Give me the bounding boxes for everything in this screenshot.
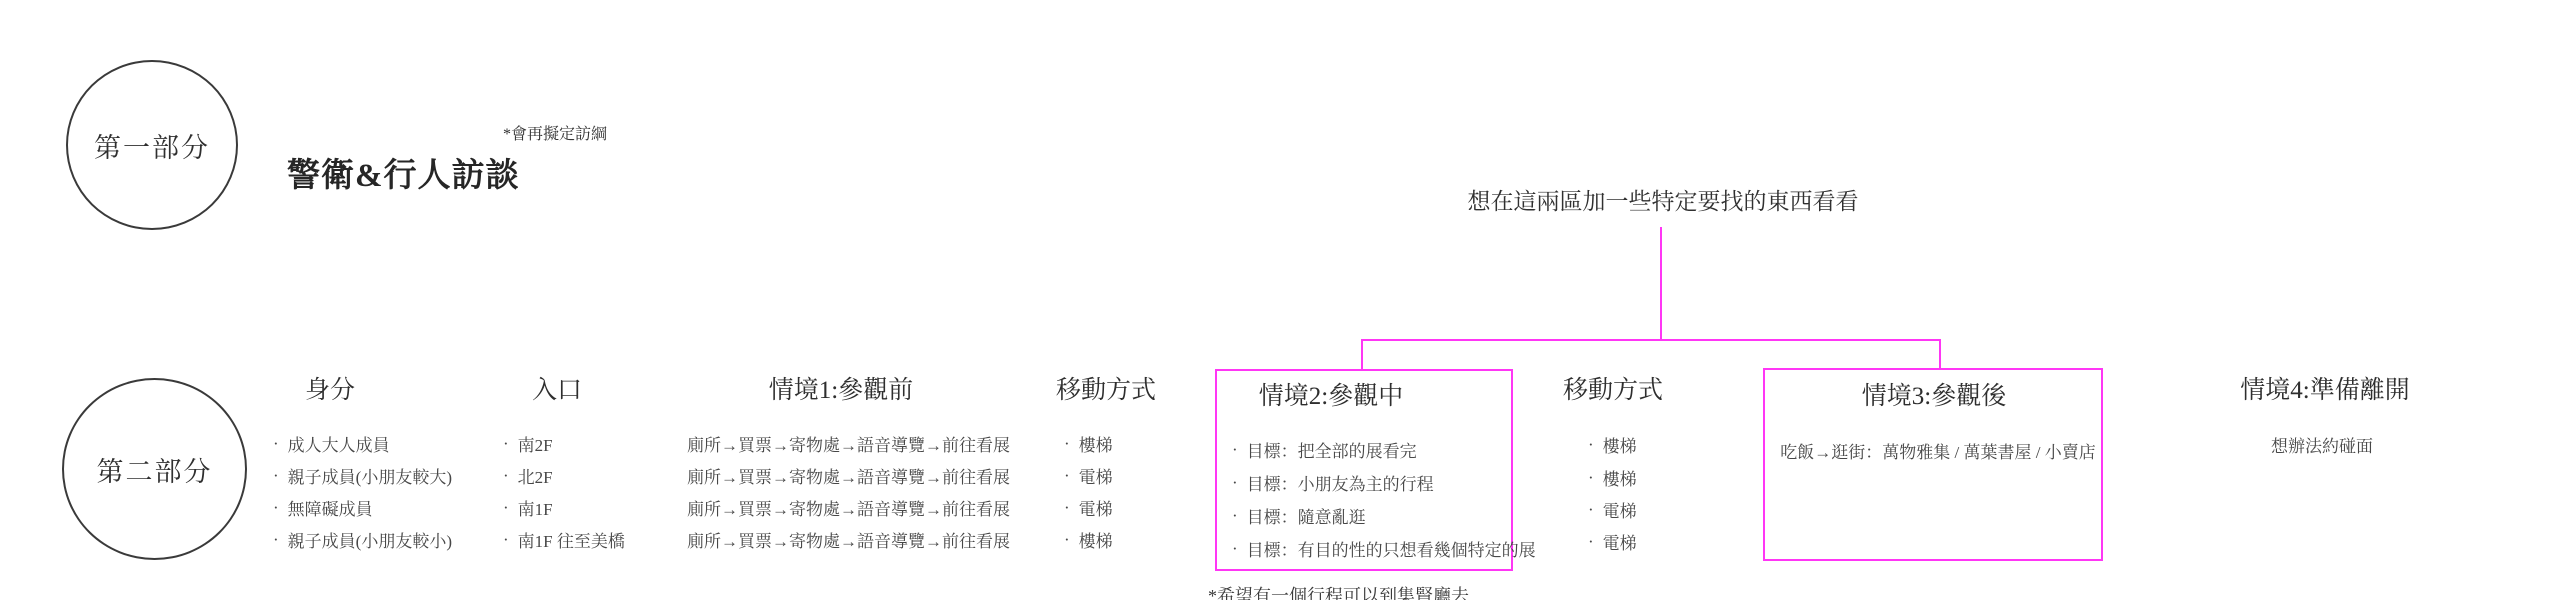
entrance-item: ·南1F xyxy=(503,501,553,518)
bullet-icon: · xyxy=(503,467,509,484)
entrance-item: ·南1F 往至美橋 xyxy=(503,533,625,550)
entrance-item: ·北2F xyxy=(503,469,553,486)
footnote-text: *希望有一個行程可以到集賢廳去 xyxy=(1208,587,1469,600)
identity-item-label: 無障礙成員 xyxy=(288,500,373,519)
column-header-identity: 身分 xyxy=(305,378,355,403)
column-header-scenario1: 情境1:參觀前 xyxy=(769,378,913,403)
bullet-icon: · xyxy=(1064,435,1070,452)
column-header-entrance: 入口 xyxy=(532,378,582,403)
scenario2-goal-label: 目標：有目的性的只想看幾個特定的展 xyxy=(1247,541,1536,560)
scenario1-flow: 廁所→買票→寄物處→語音導覽→前往看展 xyxy=(687,469,1010,486)
scenario1-flow: 廁所→買票→寄物處→語音導覽→前往看展 xyxy=(687,437,1010,454)
scenario2-goal-label: 目標：把全部的展看完 xyxy=(1247,442,1417,461)
bullet-icon: · xyxy=(1588,533,1594,550)
scenario2-goal: ·目標：把全部的展看完 xyxy=(1232,443,1417,460)
part1-circle: 第一部分 xyxy=(66,60,238,230)
bullet-icon: · xyxy=(1064,499,1070,516)
bullet-icon: · xyxy=(1064,531,1070,548)
identity-item: ·親子成員(小朋友較大) xyxy=(273,469,452,486)
scenario3-flow: 吃飯→逛街：萬物雅集 / 萬葉書屋 / 小賣店 xyxy=(1780,444,2095,461)
movement2-item: ·樓梯 xyxy=(1588,438,1637,455)
identity-item: ·親子成員(小朋友較小) xyxy=(273,533,452,550)
annotation-text: 想在這兩區加一些特定要找的東西看看 xyxy=(1468,190,1859,213)
identity-item-label: 親子成員(小朋友較大) xyxy=(288,468,452,487)
movement1-item: ·電梯 xyxy=(1064,501,1113,518)
bullet-icon: · xyxy=(1232,507,1238,524)
scenario1-flow: 廁所→買票→寄物處→語音導覽→前往看展 xyxy=(687,501,1010,518)
scenario2-goal: ·目標：隨意亂逛 xyxy=(1232,509,1366,526)
movement1-item: ·樓梯 xyxy=(1064,533,1113,550)
movement1-item-label: 電梯 xyxy=(1079,500,1113,519)
bullet-icon: · xyxy=(1232,474,1238,491)
column-header-scenario2: 情境2:參觀中 xyxy=(1259,384,1403,409)
bullet-icon: · xyxy=(503,531,509,548)
movement1-item-label: 樓梯 xyxy=(1079,532,1113,551)
bullet-icon: · xyxy=(1232,441,1238,458)
entrance-item-label: 南1F 往至美橋 xyxy=(518,532,625,551)
movement1-item-label: 樓梯 xyxy=(1079,436,1113,455)
bullet-icon: · xyxy=(503,499,509,516)
movement2-item: ·電梯 xyxy=(1588,503,1637,520)
identity-item-label: 成人大人成員 xyxy=(288,436,390,455)
bullet-icon: · xyxy=(273,499,279,516)
bullet-icon: · xyxy=(1588,469,1594,486)
entrance-item: ·南2F xyxy=(503,437,553,454)
identity-item: ·成人大人成員 xyxy=(273,437,390,454)
entrance-item-label: 北2F xyxy=(518,468,553,487)
column-header-scenario3: 情境3:參觀後 xyxy=(1862,384,2006,409)
scenario4-item: 想辦法約碰面 xyxy=(2271,438,2373,455)
slide-canvas: 第一部分 警衛&行人訪談 *會再擬定訪綱 第二部分 想在這兩區加一些特定要找的東… xyxy=(0,0,2560,600)
column-header-movement2: 移動方式 xyxy=(1563,378,1663,403)
part2-circle-label: 第二部分 xyxy=(97,450,213,489)
movement2-item-label: 樓梯 xyxy=(1603,470,1637,489)
column-header-movement1: 移動方式 xyxy=(1056,378,1156,403)
movement2-item: ·樓梯 xyxy=(1588,471,1637,488)
identity-item-label: 親子成員(小朋友較小) xyxy=(288,532,452,551)
bullet-icon: · xyxy=(1232,540,1238,557)
bullet-icon: · xyxy=(273,531,279,548)
movement2-item-label: 電梯 xyxy=(1603,534,1637,553)
scenario1-flow: 廁所→買票→寄物處→語音導覽→前往看展 xyxy=(687,533,1010,550)
movement2-item-label: 電梯 xyxy=(1603,502,1637,521)
part1-note: *會再擬定訪綱 xyxy=(503,127,607,143)
movement2-item: ·電梯 xyxy=(1588,535,1637,552)
part2-circle: 第二部分 xyxy=(62,378,247,560)
entrance-item-label: 南1F xyxy=(518,500,553,519)
movement1-item: ·電梯 xyxy=(1064,469,1113,486)
bullet-icon: · xyxy=(1588,501,1594,518)
column-header-scenario4: 情境4:準備離開 xyxy=(2240,378,2409,403)
part1-circle-label: 第一部分 xyxy=(94,126,210,165)
scenario2-goal-label: 目標：隨意亂逛 xyxy=(1247,508,1366,527)
scenario2-goal-label: 目標：小朋友為主的行程 xyxy=(1247,475,1434,494)
part1-title: 警衛&行人訪談 xyxy=(287,160,520,193)
identity-item: ·無障礙成員 xyxy=(273,501,373,518)
scenario2-goal: ·目標：有目的性的只想看幾個特定的展 xyxy=(1232,542,1536,559)
bullet-icon: · xyxy=(1064,467,1070,484)
bullet-icon: · xyxy=(273,467,279,484)
movement1-item-label: 電梯 xyxy=(1079,468,1113,487)
movement1-item: ·樓梯 xyxy=(1064,437,1113,454)
bullet-icon: · xyxy=(273,435,279,452)
bullet-icon: · xyxy=(503,435,509,452)
bullet-icon: · xyxy=(1588,436,1594,453)
scenario2-goal: ·目標：小朋友為主的行程 xyxy=(1232,476,1434,493)
entrance-item-label: 南2F xyxy=(518,436,553,455)
movement2-item-label: 樓梯 xyxy=(1603,437,1637,456)
